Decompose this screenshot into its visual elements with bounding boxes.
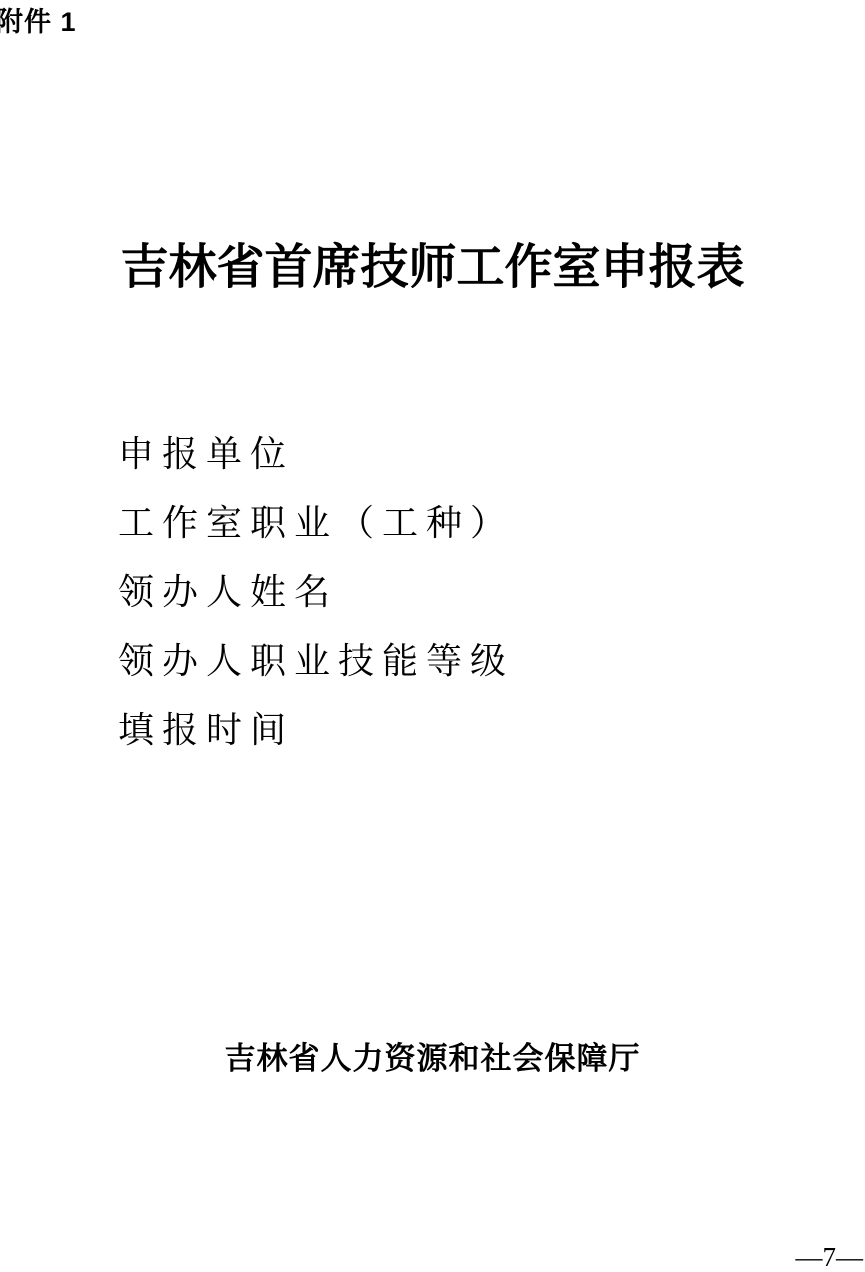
field-leader-skill-level: 领办人职业技能等级 xyxy=(118,627,514,696)
application-fields-list: 申报单位 工作室职业（工种） 领办人姓名 领办人职业技能等级 填报时间 xyxy=(118,420,514,765)
field-studio-occupation: 工作室职业（工种） xyxy=(118,489,514,558)
issuer-name: 吉林省人力资源和社会保障厅 xyxy=(0,1033,865,1078)
attachment-label: 附件 1 xyxy=(0,0,77,39)
field-filing-date: 填报时间 xyxy=(118,696,514,765)
document-title: 吉林省首席技师工作室申报表 xyxy=(0,228,865,297)
page-number: —7— xyxy=(796,1242,864,1272)
document-page: 附件 1 吉林省首席技师工作室申报表 申报单位 工作室职业（工种） 领办人姓名 … xyxy=(0,0,865,1272)
field-leader-name: 领办人姓名 xyxy=(118,558,514,627)
field-applicant-unit: 申报单位 xyxy=(118,420,514,489)
